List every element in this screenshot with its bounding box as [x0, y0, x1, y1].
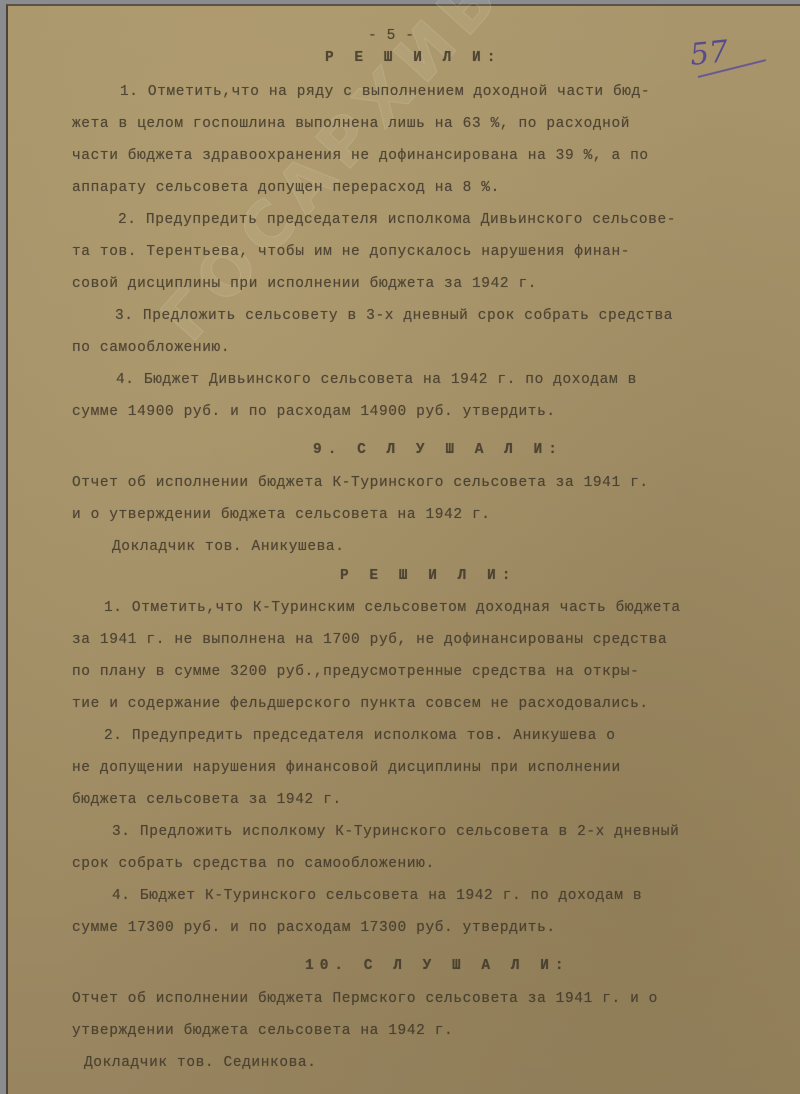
text-line: утверждении бюджета сельсовета на 1942 г… — [72, 1023, 453, 1039]
text-line: бюджета сельсовета за 1942 г. — [72, 792, 342, 808]
handwritten-folio-number: 57 — [688, 34, 730, 73]
section-heading: 10. С Л У Ш А Л И: — [305, 958, 570, 974]
scan-frame: ГОСАРХИВ - 5 - 57 Р Е Ш И Л И:1. Отметит… — [0, 0, 800, 1094]
text-line: сумме 14900 руб. и по расходам 14900 руб… — [72, 404, 556, 420]
text-line: та тов. Терентьева, чтобы им не допускал… — [72, 244, 630, 260]
text-line: совой дисциплины при исполнении бюджета … — [72, 276, 537, 292]
text-line: 2. Предупредить председателя исполкома Д… — [118, 212, 676, 228]
text-line: 1. Отметить,что на ряду с выполнением до… — [120, 84, 650, 100]
text-line: аппарату сельсовета допущен перерасход н… — [72, 180, 500, 196]
page-number: - 5 - — [368, 28, 415, 44]
text-line: за 1941 г. не выполнена на 1700 руб, не … — [72, 632, 667, 648]
text-line: Отчет об исполнении бюджета К-Туринского… — [72, 475, 649, 491]
text-line: 4. Бюджет Дивьинского сельсовета на 1942… — [116, 372, 637, 388]
section-heading: 9. С Л У Ш А Л И: — [313, 442, 563, 458]
text-line: Докладчик тов. Сединкова. — [84, 1055, 317, 1071]
text-line: 1. Отметить,что К-Туринским сельсоветом … — [104, 600, 681, 616]
text-line: 2. Предупредить председателя исполкома т… — [104, 728, 616, 744]
text-line: тие и содержание фельдшерского пункта со… — [72, 696, 649, 712]
text-line: не допущении нарушения финансовой дисцип… — [72, 760, 621, 776]
text-line: и о утверждении бюджета сельсовета на 19… — [72, 507, 491, 523]
text-line: части бюджета здравоохранения не дофинан… — [72, 148, 649, 164]
text-line: по самообложению. — [72, 340, 230, 356]
text-line: сумме 17300 руб. и по расходам 17300 руб… — [72, 920, 556, 936]
text-line: Отчет об исполнении бюджета Пермского се… — [72, 991, 658, 1007]
text-line: жета в целом госпошлина выполнена лишь н… — [72, 116, 630, 132]
section-heading: Р Е Ш И Л И: — [340, 568, 516, 584]
text-line: Докладчик тов. Аникушева. — [112, 539, 345, 555]
text-line: срок собрать средства по самообложению. — [72, 856, 435, 872]
text-line: 3. Предложить сельсовету в 3-х дневный с… — [115, 308, 673, 324]
text-line: по плану в сумме 3200 руб.,предусмотренн… — [72, 664, 639, 680]
text-line: 4. Бюджет К-Туринского сельсовета на 194… — [112, 888, 642, 904]
section-heading: Р Е Ш И Л И: — [325, 50, 501, 66]
text-line: 3. Предложить исполкому К-Туринского сел… — [112, 824, 679, 840]
